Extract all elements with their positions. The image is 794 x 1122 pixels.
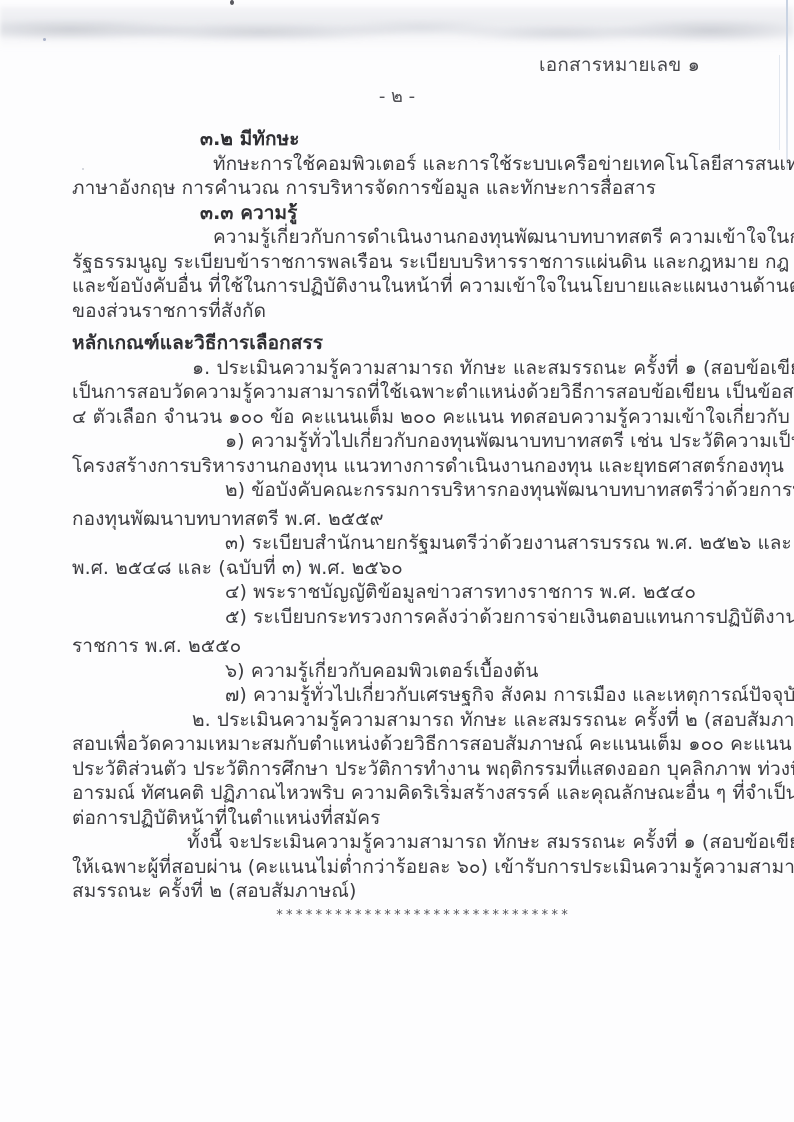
document-body: ๓.๒ มีทักษะทักษะการใช้คอมพิวเตอร์ และการ… (0, 127, 794, 923)
text-line: ทั้งนี้ จะประเมินความรู้ความสามารถ ทักษะ… (0, 830, 794, 855)
scan-artifact-band (0, 6, 794, 50)
page-number: - ๒ - (0, 81, 794, 110)
scan-speck (43, 38, 46, 41)
text-line: รัฐธรรมนูญ ระเบียบข้าราชการพลเรือน ระเบี… (0, 250, 794, 275)
text-line: และข้อบังคับอื่น ที่ใช้ในการปฏิบัติงานใน… (0, 274, 794, 299)
text-line: สอบเพื่อวัดความเหมาะสมกับตำแหน่งด้วยวิธี… (0, 732, 794, 757)
text-line: กองทุนพัฒนาบทบาทสตรี พ.ศ. ๒๕๕๙ (0, 507, 794, 532)
text-line: ๔) พระราชบัญญัติข้อมูลข่าวสารทางราชการ พ… (0, 580, 794, 605)
text-line: ราชการ พ.ศ. ๒๕๕๐ (0, 634, 794, 659)
text-line: ๒) ข้อบังคับคณะกรรมการบริหารกองทุนพัฒนาบ… (0, 478, 794, 503)
text-line: ประวัติส่วนตัว ประวัติการศึกษา ประวัติกา… (0, 757, 794, 782)
text-line: ของส่วนราชการที่สังกัด (0, 299, 794, 324)
text-line: ๗) ความรู้ทั่วไปเกี่ยวกับเศรษฐกิจ สังคม … (0, 683, 794, 708)
text-line: ๓.๓ ความรู้ (0, 201, 794, 226)
text-line: โครงสร้างการบริหารงานกองทุน แนวทางการดำเ… (0, 454, 794, 479)
text-line: ทักษะการใช้คอมพิวเตอร์ และการใช้ระบบเครื… (0, 152, 794, 177)
text-line: ๔ ตัวเลือก จำนวน ๑๐๐ ข้อ คะแนนเต็ม ๒๐๐ ค… (0, 405, 794, 430)
text-line: ให้เฉพาะผู้ที่สอบผ่าน (คะแนนไม่ต่ำกว่าร้… (0, 855, 794, 880)
text-line: เป็นการสอบวัดความรู้ความสามารถที่ใช้เฉพา… (0, 380, 794, 405)
text-line: ภาษาอังกฤษ การคำนวณ การบริหารจัดการข้อมู… (0, 176, 794, 201)
text-line: พ.ศ. ๒๕๔๘ และ (ฉบับที่ ๓) พ.ศ. ๒๕๖๐ (0, 556, 794, 581)
text-line: ๓) ระเบียบสำนักนายกรัฐมนตรีว่าด้วยงานสาร… (0, 531, 794, 556)
text-line: ๒. ประเมินความรู้ความสามารถ ทักษะ และสมร… (0, 708, 794, 733)
text-line: ๕) ระเบียบกระทรวงการคลังว่าด้วยการจ่ายเง… (0, 605, 794, 630)
text-line: ๑) ความรู้ทั่วไปเกี่ยวกับกองทุนพัฒนาบทบา… (0, 429, 794, 454)
text-line: ความรู้เกี่ยวกับการดำเนินงานกองทุนพัฒนาบ… (0, 225, 794, 250)
end-divider-asterisks: ****************************** (26, 908, 794, 923)
document-reference-label: เอกสารหมายเลข ๑ (539, 50, 700, 80)
text-line: อารมณ์ ทัศนคติ ปฏิภาณไหวพริบ ความคิดริเร… (0, 781, 794, 806)
text-line: ๓.๒ มีทักษะ (0, 127, 794, 152)
text-line: สมรรถนะ ครั้งที่ ๒ (สอบสัมภาษณ์) (0, 879, 794, 904)
text-line: ๑. ประเมินความรู้ความสามารถ ทักษะ และสมร… (0, 356, 794, 381)
scan-speck (230, 0, 234, 5)
text-line: ๖) ความรู้เกี่ยวกับคอมพิวเตอร์เบื้องต้น (0, 659, 794, 684)
scanned-document-page: เอกสารหมายเลข ๑ - ๒ - ๓.๒ มีทักษะทักษะกา… (0, 0, 794, 1122)
text-line: ต่อการปฏิบัติหน้าที่ในตำแหน่งที่สมัคร (0, 806, 794, 831)
text-line: หลักเกณฑ์และวิธีการเลือกสรร (0, 331, 794, 356)
